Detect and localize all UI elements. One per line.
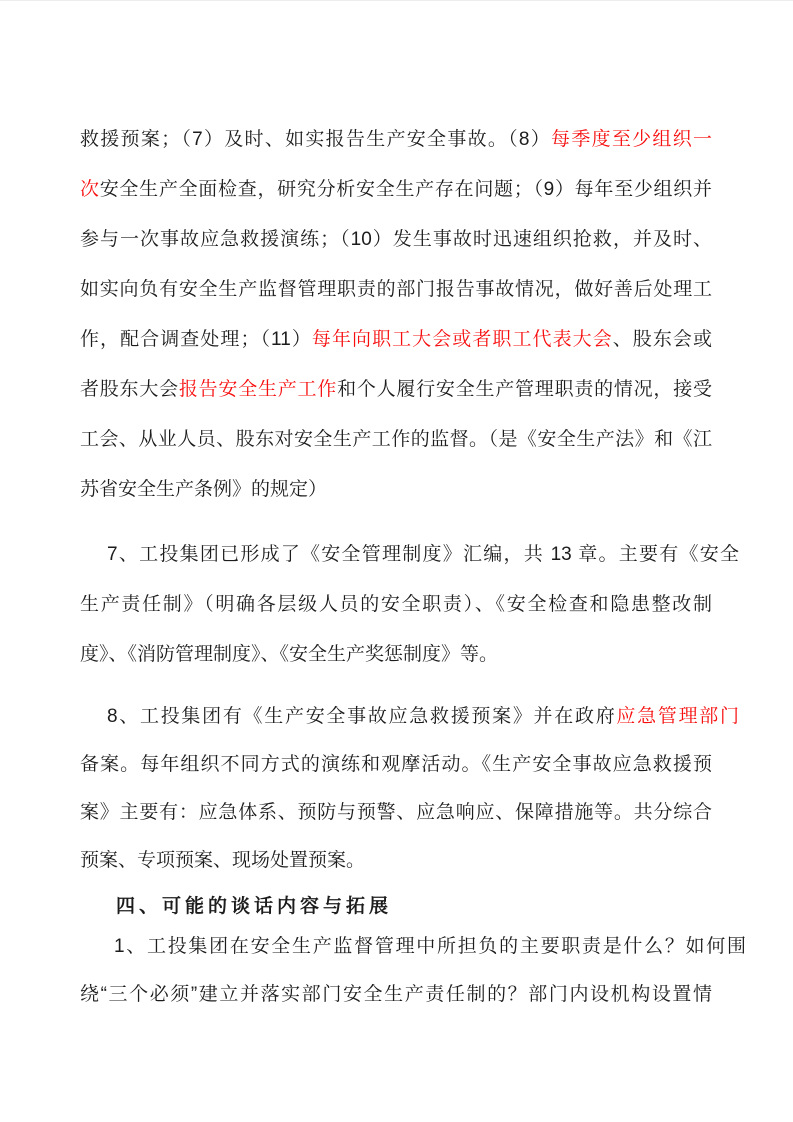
- text-run: 参与一次事故应急救援演练；（10）发生事故时迅速组织抢救，并及时、: [80, 229, 712, 250]
- text-run: 和个人履行安全生产管理职责的情况，接受: [337, 379, 712, 400]
- section-heading-4: 四、可能的谈话内容与拓展: [80, 887, 712, 927]
- text-line: 8、工投集团有《生产安全事故应急救援预案》并在政府应急管理部门: [80, 693, 739, 741]
- text-line: 苏省安全生产条例》的规定）: [80, 465, 712, 515]
- text-line: 预案、专项预案、现场处置预案。: [80, 837, 712, 885]
- text-run: 生产责任制》（明确各层级人员的安全职责）、《安全检查和隐患整改制: [80, 594, 712, 615]
- para-8-emergency-plan: 8、工投集团有《生产安全事故应急救援预案》并在政府应急管理部门备案。每年组织不同…: [80, 693, 712, 885]
- text-line: 1、工投集团在安全生产监督管理中所担负的主要职责是什么？如何围: [80, 923, 746, 971]
- text-line: 救援预案；（7）及时、如实报告生产安全事故。（8）每季度至少组织一: [80, 115, 712, 165]
- text-run: 备案。每年组织不同方式的演练和观摩活动。《生产安全事故应急救援预: [80, 754, 712, 775]
- highlighted-text: 报告安全生产工作: [179, 379, 337, 400]
- text-line: 如实向负有安全生产监督管理职责的部门报告事故情况，做好善后处理工: [80, 265, 712, 315]
- text-line: 作，配合调查处理；（11）每年向职工大会或者职工代表大会、股东会或: [80, 315, 712, 365]
- text-run: 者股东大会: [80, 379, 179, 400]
- text-line: 备案。每年组织不同方式的演练和观摩活动。《生产安全事故应急救援预: [80, 741, 712, 789]
- text-line: 者股东大会报告安全生产工作和个人履行安全生产管理职责的情况，接受: [80, 365, 712, 415]
- text-line: 参与一次事故应急救援演练；（10）发生事故时迅速组织抢救，并及时、: [80, 215, 712, 265]
- document-body: 救援预案；（7）及时、如实报告生产安全事故。（8）每季度至少组织一次安全生产全面…: [0, 1, 793, 1122]
- text-run: 案》主要有：应急体系、预防与预警、应急响应、保障措施等。共分综合: [80, 802, 712, 823]
- highlighted-text: 每季度至少组织一: [551, 129, 712, 150]
- highlighted-text: 应急管理部门: [616, 706, 739, 727]
- text-line: 7、工投集团已形成了《安全管理制度》汇编，共 13 章。主要有《安全: [80, 530, 739, 580]
- text-line: 绕“三个必须”建立并落实部门安全生产责任制的？部门内设机构设置情: [80, 971, 712, 1019]
- text-run: 苏省安全生产条例》的规定）: [80, 479, 327, 500]
- text-run: 预案、专项预案、现场处置预案。: [80, 850, 365, 871]
- text-line: 次安全生产全面检查，研究分析安全生产存在问题；（9）每年至少组织并: [80, 165, 712, 215]
- text-run: 1、工投集团在安全生产监督管理中所担负的主要职责是什么？如何围: [114, 936, 746, 957]
- text-line: 案》主要有：应急体系、预防与预警、应急响应、保障措施等。共分综合: [80, 789, 712, 837]
- text-line: 工会、从业人员、股东对安全生产工作的监督。（是《安全生产法》和《江: [80, 415, 712, 465]
- text-run: 安全生产全面检查，研究分析安全生产存在问题；（9）每年至少组织并: [100, 179, 712, 200]
- text-run: 绕“三个必须”建立并落实部门安全生产责任制的？部门内设机构设置情: [80, 984, 712, 1005]
- text-run: 8、工投集团有《生产安全事故应急救援预案》并在政府: [107, 706, 616, 727]
- para-duties-continuation: 救援预案；（7）及时、如实报告生产安全事故。（8）每季度至少组织一次安全生产全面…: [80, 115, 712, 515]
- para-q1-discussion: 1、工投集团在安全生产监督管理中所担负的主要职责是什么？如何围绕“三个必须”建立…: [80, 923, 712, 1019]
- text-run: 救援预案；（7）及时、如实报告生产安全事故。（8）: [80, 129, 551, 150]
- text-run: 四、可能的谈话内容与拓展: [116, 896, 392, 917]
- para-7-safety-rules: 7、工投集团已形成了《安全管理制度》汇编，共 13 章。主要有《安全生产责任制》…: [80, 530, 712, 680]
- text-run: 工会、从业人员、股东对安全生产工作的监督。（是《安全生产法》和《江: [80, 429, 712, 450]
- text-line: 四、可能的谈话内容与拓展: [80, 887, 748, 927]
- text-run: 、股东会或: [613, 329, 712, 350]
- highlighted-text: 每年向职工大会或者职工代表大会: [312, 329, 613, 350]
- highlighted-text: 次: [80, 179, 100, 200]
- document-page: 救援预案；（7）及时、如实报告生产安全事故。（8）每季度至少组织一次安全生产全面…: [0, 0, 793, 1122]
- text-run: 作，配合调查处理；（11）: [80, 329, 312, 350]
- text-run: 度》、《消防管理制度》、《安全生产奖惩制度》等。: [80, 644, 498, 665]
- text-line: 度》、《消防管理制度》、《安全生产奖惩制度》等。: [80, 630, 712, 680]
- text-run: 7、工投集团已形成了《安全管理制度》汇编，共 13 章。主要有《安全: [107, 544, 739, 565]
- text-run: 如实向负有安全生产监督管理职责的部门报告事故情况，做好善后处理工: [80, 279, 712, 300]
- text-line: 生产责任制》（明确各层级人员的安全职责）、《安全检查和隐患整改制: [80, 580, 712, 630]
